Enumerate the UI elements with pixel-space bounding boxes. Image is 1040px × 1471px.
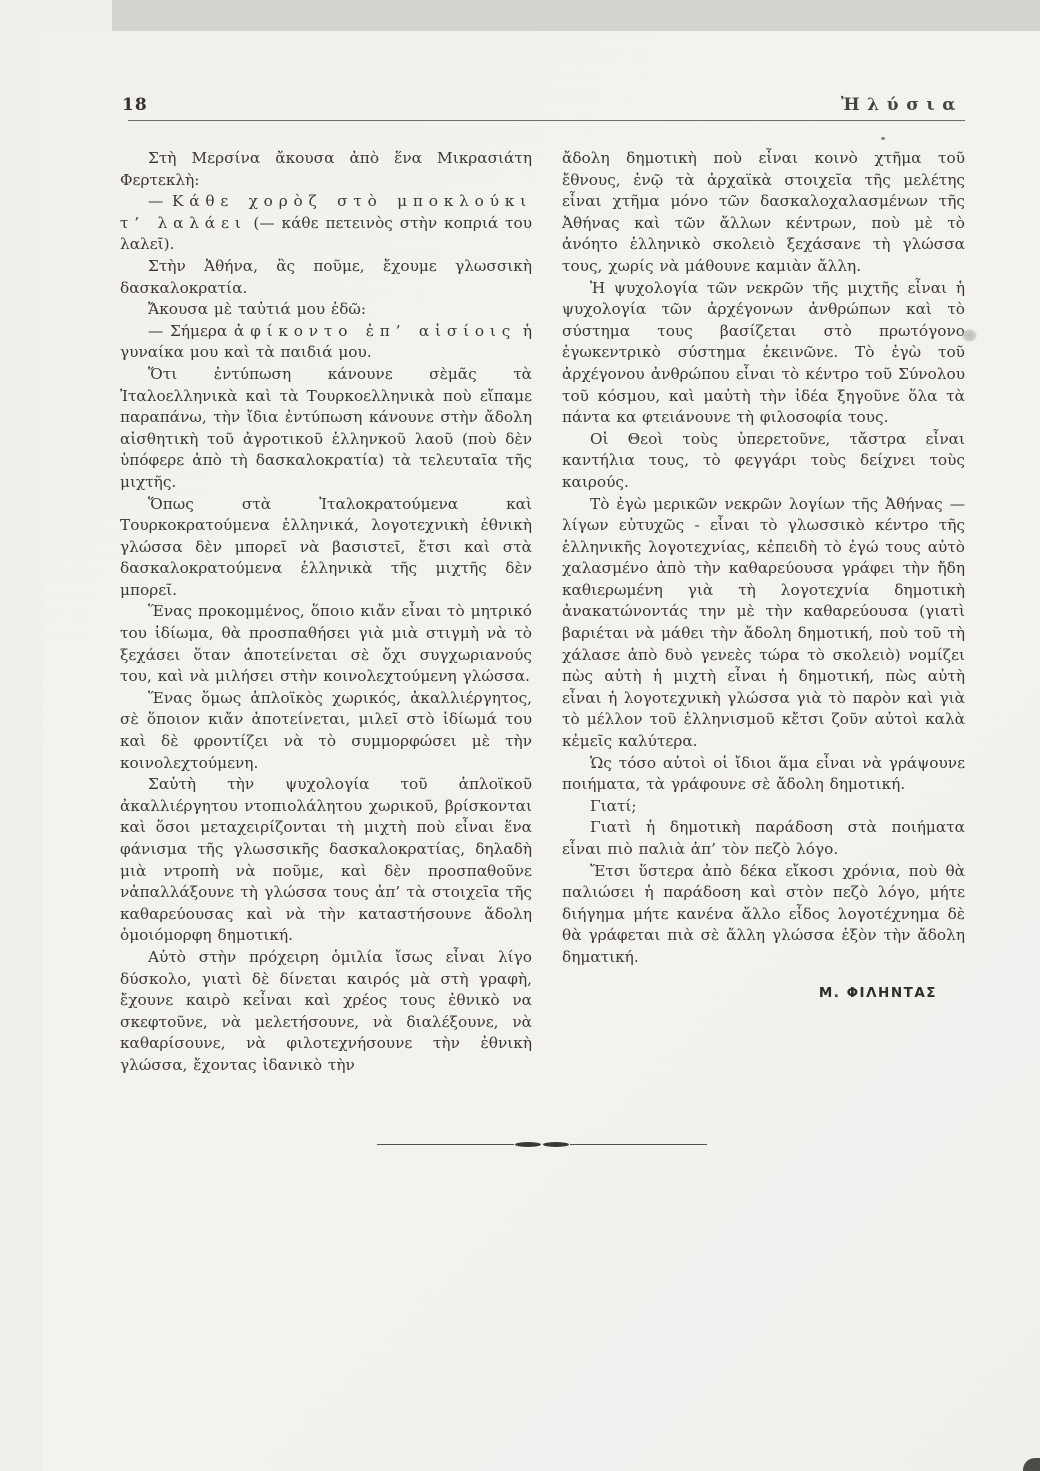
paragraph: Στὴ Μερσίνα ἄκουσα ἀπὸ ἕνα Μικρασιάτη Φε… <box>120 148 532 191</box>
paragraph: Τὸ ἐγὼ μερικῶν νεκρῶν λογίων τῆς Ἀθήνας … <box>562 494 965 753</box>
paragraph: — Κάθε χορὸζ στὸ μποκλούκι τ’ λαλάει (— … <box>120 191 532 256</box>
text-run: Αὐτὸ στὴν πρόχειρη ὁμιλία ἴσως εἶναι λίγ… <box>120 948 532 1074</box>
text-run: Ὡς τόσο αὐτοὶ οἱ ἴδιοι ἅμα εἶναι νὰ γράψ… <box>562 754 965 794</box>
text-run: Ὅπως στὰ Ἰταλοκρατούμενα καὶ Τουρκοκρατο… <box>120 495 532 599</box>
ink-speck <box>881 137 885 140</box>
text-run: Ἡ ψυχολογία τῶν νεκρῶν τῆς μιχτῆς εἶναι … <box>562 279 965 427</box>
text-run: Τὸ ἐγὼ μερικῶν νεκρῶν λογίων τῆς Ἀθήνας … <box>562 495 965 751</box>
text-run: Γιατὶ ἡ δημοτικὴ παράδοση στὰ ποιήματα ε… <box>562 818 965 858</box>
text-run: Στὴ Μερσίνα ἄκουσα ἀπὸ ἕνα Μικρασιάτη Φε… <box>120 149 532 189</box>
section-divider <box>377 1141 707 1148</box>
text-run: ἄδολη δημοτικὴ ποὺ εἶναι κοινὸ χτῆμα τοῦ… <box>562 149 965 275</box>
text-run: Στὴν Ἀθήνα, ἂς ποῦμε, ἔχουμε γλωσσικὴ δα… <box>120 257 532 297</box>
paragraph: Ἕνας προκομμένος, ὅποιο κιἄν εἶναι τὸ μη… <box>120 601 532 687</box>
paragraph: Ἄκουσα μὲ ταὐτιά μου ἐδῶ: <box>120 299 532 321</box>
divider-line <box>570 1144 707 1145</box>
paragraph: Οἱ Θεοὶ τοὺς ὑπερετοῦνε, τἄστρα εἶναι κα… <box>562 429 965 494</box>
paragraph: Στὴν Ἀθήνα, ἂς ποῦμε, ἔχουμε γλωσσικὴ δα… <box>120 256 532 299</box>
text-run: Οἱ Θεοὶ τοὺς ὑπερετοῦνε, τἄστρα εἶναι κα… <box>562 430 965 491</box>
scan-smudge <box>962 329 977 342</box>
paragraph: Αὐτὸ στὴν πρόχειρη ὁμιλία ἴσως εἶναι λίγ… <box>120 947 532 1077</box>
text-run: Ἄκουσα μὲ ταὐτιά μου ἐδῶ: <box>148 300 366 318</box>
paragraph: Σαὐτὴ τὴν ψυχολογία τοῦ ἁπλοϊκοῦ ἀκαλλιέ… <box>120 774 532 947</box>
article-body: Στὴ Μερσίνα ἄκουσα ἀπὸ ἕνα Μικρασιάτη Φε… <box>120 148 965 1077</box>
paragraph: Ὅπως στὰ Ἰταλοκρατούμενα καὶ Τουρκοκρατο… <box>120 494 532 602</box>
paragraph: Ἡ ψυχολογία τῶν νεκρῶν τῆς μιχτῆς εἶναι … <box>562 278 965 429</box>
paragraph: Ὅτι ἐντύπωση κάνουνε σὲμᾶς τὰ Ἰταλοελλην… <box>120 364 532 494</box>
column-left: Στὴ Μερσίνα ἄκουσα ἀπὸ ἕνα Μικρασιάτη Φε… <box>120 148 532 1077</box>
divider-ornament <box>543 1142 569 1147</box>
text-run: ἀφίκοντο ἐπ’ αἰσίοις <box>234 322 516 340</box>
author-signature: Μ. ΦΙΛΗΝΤΑΣ <box>562 985 965 1001</box>
paragraph: Ἕνας ὅμως ἁπλοϊκὸς χωρικός, ἀκαλλιέργητο… <box>120 688 532 774</box>
text-run: Ἔτσι ὕστερα ἀπὸ δέκα εἴκοσι χρόνια, ποὺ … <box>562 862 965 966</box>
divider-line <box>377 1144 514 1145</box>
column-right: ἄδολη δημοτικὴ ποὺ εἶναι κοινὸ χτῆμα τοῦ… <box>562 148 965 1077</box>
header-rule <box>128 120 965 121</box>
page-header: 18 Ἠλύσια <box>122 95 965 115</box>
text-run: Σαὐτὴ τὴν ψυχολογία τοῦ ἁπλοϊκοῦ ἀκαλλιέ… <box>120 775 532 944</box>
text-run: Γιατί; <box>590 797 637 815</box>
text-run: Ἕνας ὅμως ἁπλοϊκὸς χωρικός, ἀκαλλιέργητο… <box>120 689 532 772</box>
paragraph: — Σήμερα ἀφίκοντο ἐπ’ αἰσίοις ἡ γυναίκα … <box>120 321 532 364</box>
paragraph: ἄδολη δημοτικὴ ποὺ εἶναι κοινὸ χτῆμα τοῦ… <box>562 148 965 278</box>
page-number: 18 <box>122 95 148 115</box>
divider-ornament <box>515 1142 541 1147</box>
text-run: Ὅτι ἐντύπωση κάνουνε σὲμᾶς τὰ Ἰταλοελλην… <box>120 365 532 491</box>
paragraph: Ἔτσι ὕστερα ἀπὸ δέκα εἴκοσι χρόνια, ποὺ … <box>562 861 965 969</box>
paragraph: Ὡς τόσο αὐτοὶ οἱ ἴδιοι ἅμα εἶναι νὰ γράψ… <box>562 753 965 796</box>
page-content: 18 Ἠλύσια Στὴ Μερσίνα ἄκουσα ἀπὸ ἕνα Μικ… <box>0 0 1040 1471</box>
paragraph: Γιατὶ ἡ δημοτικὴ παράδοση στὰ ποιήματα ε… <box>562 817 965 860</box>
paragraph: Γιατί; <box>562 796 965 818</box>
text-run: — Σήμερα <box>148 322 234 340</box>
text-run: Ἕνας προκομμένος, ὅποιο κιἄν εἶναι τὸ μη… <box>120 602 532 685</box>
text-run: — <box>148 192 172 210</box>
magazine-title: Ἠλύσια <box>841 95 963 115</box>
